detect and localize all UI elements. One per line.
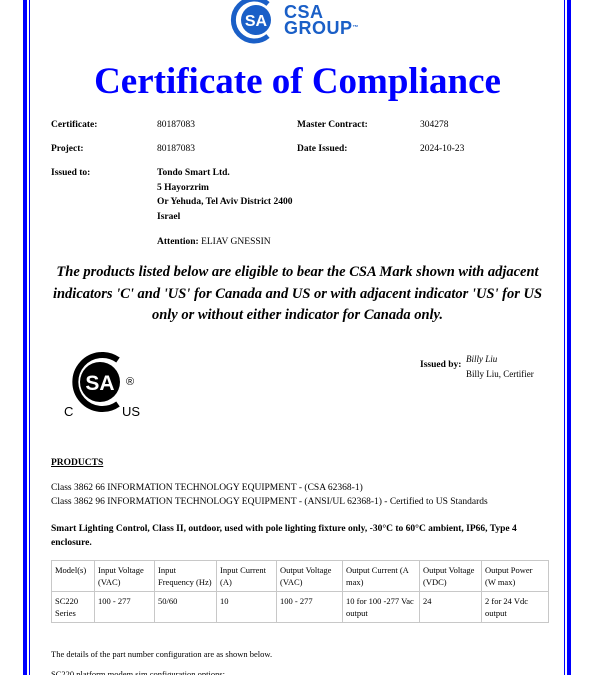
date-issued-label: Date Issued: [297, 144, 347, 154]
csa-logo-icon: SA [230, 0, 280, 44]
table-cell: 10 for 100 -277 Vac output [343, 592, 420, 623]
page-title: Certificate of Compliance [0, 60, 595, 103]
table-header: Output Voltage (VAC) [277, 561, 343, 592]
product-class: Class 3862 66 INFORMATION TECHNOLOGY EQU… [51, 483, 363, 493]
table-cell: 2 for 24 Vdc output [482, 592, 549, 623]
config-note: SC220 platform modem sim configuration o… [51, 669, 225, 675]
issued-to-label: Issued to: [51, 168, 90, 178]
csa-certification-mark: SA ® C US [60, 352, 150, 424]
product-spec-table: Model(s) Input Voltage (VAC) Input Frequ… [51, 560, 549, 623]
mark-indicator-c: C [64, 404, 73, 419]
product-description: Smart Lighting Control, Class II, outdoo… [51, 522, 531, 550]
table-header: Output Current (A max) [343, 561, 420, 592]
table-cell: 100 - 277 [277, 592, 343, 623]
attention: Attention: ELIAV GNESSIN [157, 237, 271, 247]
table-header: Input Current (A) [217, 561, 277, 592]
svg-text:SA: SA [85, 372, 114, 395]
table-cell: SC220 Series [52, 592, 95, 623]
signature: Billy Liu [466, 354, 497, 364]
signer-name-title: Billy Liu, Certifier [466, 369, 534, 379]
csa-group-logo: SA CSA GROUP™ [230, 0, 359, 44]
project-label: Project: [51, 144, 84, 154]
address-line: Or Yehuda, Tel Aviv District 2400 [157, 195, 292, 210]
table-header: Input Frequency (Hz) [155, 561, 217, 592]
table-row: SC220 Series 100 - 277 50/60 10 100 - 27… [52, 592, 549, 623]
details-note: The details of the part number configura… [51, 649, 272, 659]
table-header: Input Voltage (VAC) [95, 561, 155, 592]
address-line: Tondo Smart Ltd. [157, 166, 292, 181]
table-header: Output Voltage (VDC) [420, 561, 482, 592]
table-cell: 10 [217, 592, 277, 623]
products-heading: PRODUCTS [51, 458, 103, 468]
table-header-row: Model(s) Input Voltage (VAC) Input Frequ… [52, 561, 549, 592]
master-contract-value: 304278 [420, 120, 449, 130]
registered-symbol: ® [126, 376, 134, 388]
brand-line2: GROUP [284, 18, 353, 38]
table-cell: 50/60 [155, 592, 217, 623]
product-class: Class 3862 96 INFORMATION TECHNOLOGY EQU… [51, 497, 488, 507]
attention-label: Attention: [157, 237, 199, 247]
csa-group-wordmark: CSA GROUP™ [284, 4, 359, 36]
table-cell: 24 [420, 592, 482, 623]
table-header: Model(s) [52, 561, 95, 592]
trademark-symbol: ™ [353, 25, 360, 31]
table-cell: 100 - 277 [95, 592, 155, 623]
date-issued-value: 2024-10-23 [420, 144, 464, 154]
certificate-label: Certificate: [51, 120, 97, 130]
mark-indicator-us: US [122, 404, 140, 419]
master-contract-label: Master Contract: [297, 120, 368, 130]
address-line: Israel [157, 210, 292, 225]
issued-by-label: Issued by: [420, 360, 461, 370]
attention-value: ELIAV GNESSIN [201, 237, 271, 247]
issued-to-address: Tondo Smart Ltd. 5 Hayorzrim Or Yehuda, … [157, 166, 292, 224]
certificate-value: 80187083 [157, 120, 195, 130]
address-line: 5 Hayorzrim [157, 181, 292, 196]
project-value: 80187083 [157, 144, 195, 154]
svg-text:SA: SA [245, 13, 268, 30]
eligibility-statement: The products listed below are eligible t… [45, 262, 550, 327]
table-header: Output Power (W max) [482, 561, 549, 592]
